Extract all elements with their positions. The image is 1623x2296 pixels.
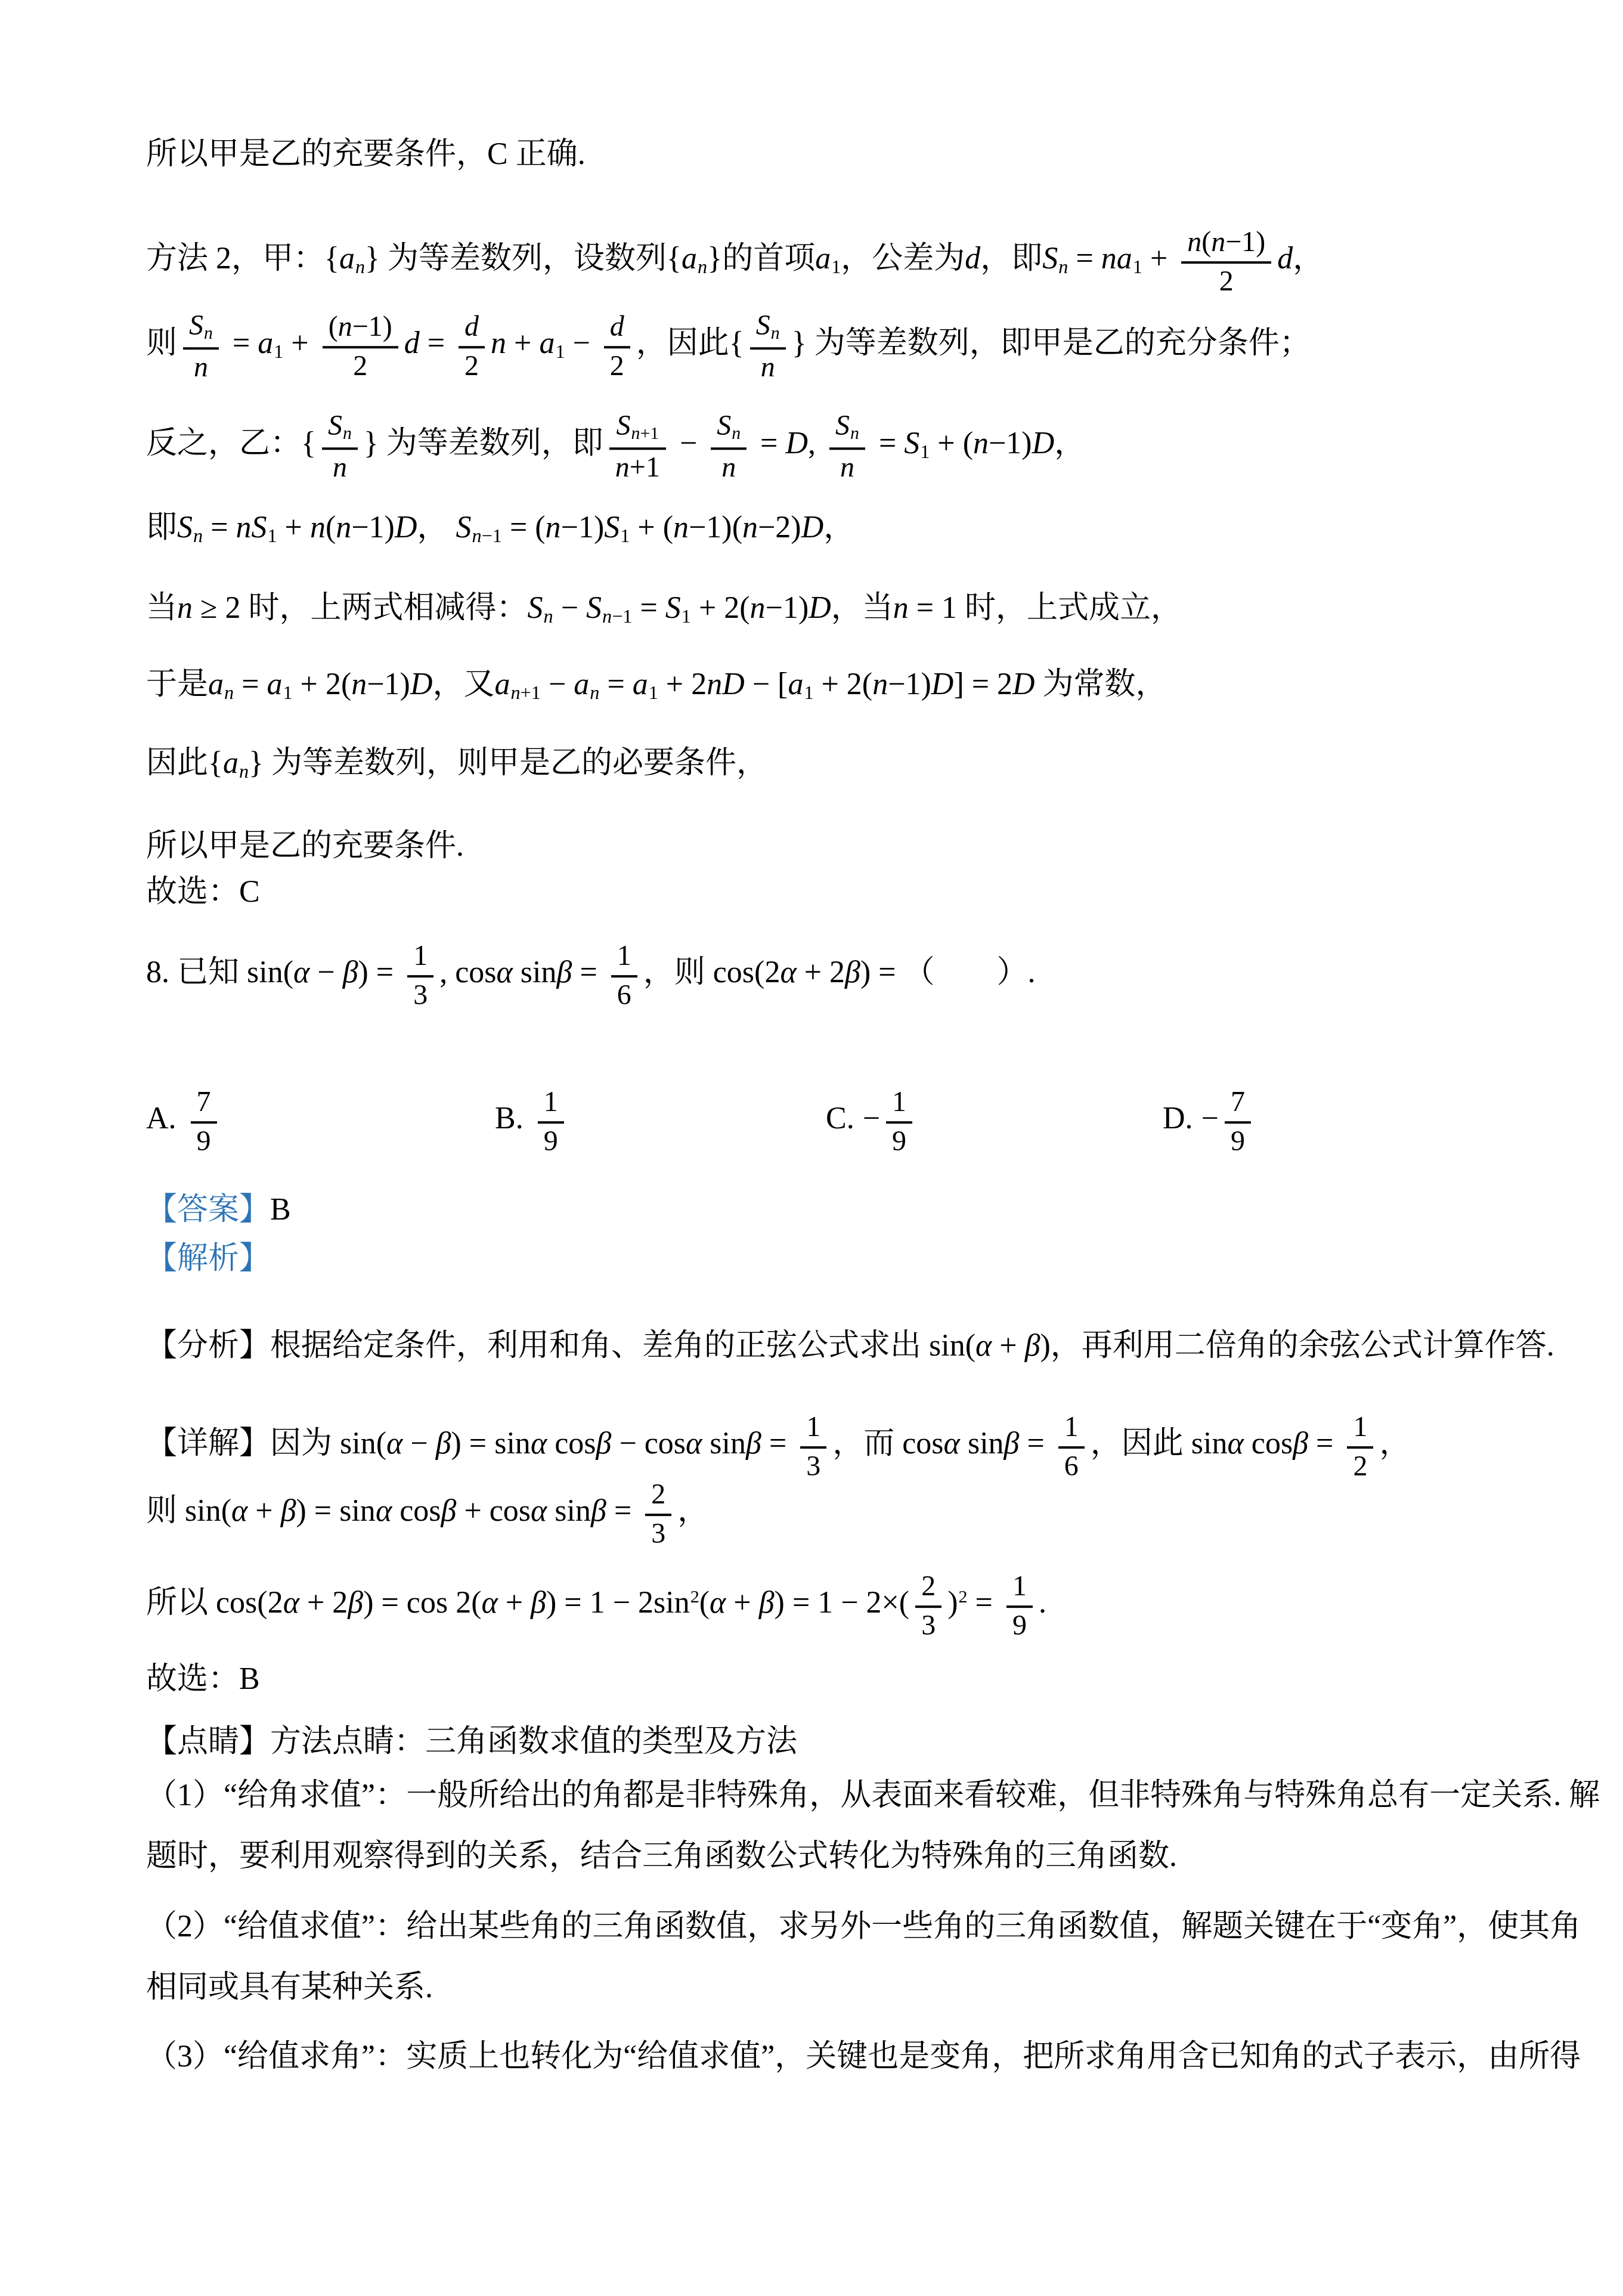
math-variable: β (1293, 1427, 1308, 1460)
math-subscripted: Sn−1 (456, 508, 501, 547)
math-variable: n (721, 451, 736, 483)
text-run: + ( (630, 510, 673, 544)
line-necessary-sufficient: 所以甲是乙的充要条件. (146, 827, 464, 865)
math-subscripted: Sn (328, 410, 352, 444)
math-subscript: n (732, 424, 741, 444)
denominator: 3 (915, 1608, 941, 1641)
fraction: Sn+1n+1 (609, 409, 666, 482)
text-run: = (606, 1494, 639, 1528)
text-run: + 2 (658, 667, 707, 701)
math-variable: D (931, 667, 954, 701)
math-variable: D (801, 510, 824, 544)
subscript-char: 1 (682, 605, 691, 627)
text-run: ) = cos 2( (363, 1586, 481, 1620)
text-run: 6 (617, 979, 631, 1011)
math-variable: β (441, 1494, 457, 1528)
math-variable: β (759, 1586, 775, 1620)
math-variable: β (1025, 1329, 1040, 1363)
math-variable: α (780, 955, 796, 989)
math-subscript: n+1 (631, 424, 659, 444)
line-converse: 反之，乙：{Snn} 为等差数列，即Sn+1n+1 − Snn = D, Snn… (146, 409, 1085, 482)
text-run: = (1020, 1427, 1052, 1460)
denominator: 6 (1058, 1449, 1085, 1482)
text-run: 则 (146, 326, 177, 360)
denominator: 3 (407, 977, 433, 1011)
denominator: n (750, 349, 786, 383)
minus-sign: − (1201, 1101, 1219, 1135)
math-variable: β (746, 1427, 761, 1460)
numerator: d (604, 310, 630, 348)
option-label: D. (1163, 1101, 1193, 1135)
text-run: ，又 (432, 667, 494, 701)
text-run: ，而 cos (832, 1427, 943, 1460)
math-subscript: n+1 (510, 682, 540, 703)
text-run: cos (547, 1427, 596, 1460)
math-variable: α (376, 1494, 392, 1528)
math-subscripted: a1 (633, 665, 658, 704)
text-run: + (283, 326, 316, 360)
line-point2b: 相同或具有某种关系. (146, 1968, 433, 2007)
math-subscripted: a1 (1117, 239, 1142, 279)
subscript-char: n (510, 682, 520, 703)
math-variable: d (464, 311, 479, 342)
numerator: 1 (800, 1410, 826, 1449)
math-subscript: n (850, 424, 859, 444)
subscript-char: n (239, 760, 249, 782)
math-variable: n (491, 326, 506, 360)
math-base: S (904, 426, 919, 460)
text-run: sin (702, 1427, 746, 1460)
subscript-char: n (1058, 256, 1068, 277)
text-run: { (729, 326, 744, 360)
line-detail: 【详解】因为 sin(α − β) = sinα cosβ − cosα sin… (146, 1410, 1410, 1482)
denominator: 2 (459, 348, 485, 382)
math-subscripted: an+1 (494, 665, 540, 704)
text-run: + 2 (299, 1586, 348, 1620)
line-point3: （3）“给值求角”：实质上也转化为“给值求值”，关键也是变角，把所求角用含已知角… (146, 2037, 1581, 2076)
math-variable: α (710, 1586, 726, 1620)
text-run: cos (1244, 1427, 1293, 1460)
fraction: 13 (407, 939, 433, 1011)
text-run: ，则 cos(2 (643, 955, 780, 989)
math-subscripted: an (208, 665, 234, 704)
math-subscripted: S1 (604, 508, 630, 547)
math-variable: n (840, 451, 854, 483)
fraction: Snn (829, 409, 865, 482)
fraction: Snn (711, 409, 747, 482)
math-subscripted: Sn (177, 508, 203, 547)
numerator: 1 (1347, 1410, 1373, 1449)
text-run: = (203, 510, 236, 544)
text-run: = (234, 667, 267, 701)
text-run: + 2( (691, 591, 750, 625)
math-variable: n (1187, 226, 1201, 258)
text-run: } 为等差数列，即甲是乙的充分条件； (792, 326, 1311, 360)
subscript-char: n (204, 324, 213, 344)
line-point1b: 题时，要利用观察得到的关系，结合三角函数公式转化为特殊角的三角函数. (146, 1837, 1177, 1876)
subscript-char: − (482, 525, 493, 546)
section-tag: 【答案】 (146, 1193, 270, 1227)
text-run: 1 (1064, 1411, 1079, 1443)
math-subscript: 1 (620, 525, 630, 546)
math-subscript: n (590, 682, 599, 703)
text-run: 所以 cos(2 (146, 1586, 283, 1620)
math-variable: α (944, 1427, 960, 1460)
text-run: 1 (413, 940, 428, 971)
text-run: 3 (806, 1450, 820, 1482)
subscript-char: 1 (920, 441, 930, 462)
subscript-char: 1 (267, 525, 277, 546)
subscript-char: n (590, 682, 599, 703)
text-run: ( (699, 1586, 710, 1620)
text-run: ， (417, 510, 456, 544)
text-run: + cos (456, 1494, 531, 1528)
math-base: S (835, 410, 850, 441)
subscript-char: 1 (650, 424, 659, 444)
math-variable: d (610, 311, 624, 342)
subscript-char: n (343, 424, 352, 444)
subscript-char: n (698, 256, 707, 277)
math-variable: α (497, 955, 513, 989)
text-run: ， (677, 1494, 708, 1528)
text-run: 2 (464, 350, 479, 382)
text-run: { (301, 426, 316, 460)
subscript-char: n (472, 525, 481, 546)
text-run: 反之，乙： (146, 426, 301, 460)
text-run: 9 (892, 1125, 906, 1157)
text-run: −2) (758, 510, 801, 544)
math-variable: β (596, 1427, 612, 1460)
text-run: 【分析】根据给定条件，利用和角、差角的正弦公式求出 sin( (146, 1329, 975, 1363)
fraction: 12 (1347, 1410, 1373, 1482)
math-subscript: n (355, 256, 365, 277)
text-run: −1)( (689, 510, 742, 544)
superscript: 2 (690, 1586, 699, 1607)
line-sn-over-n: 则Snn = a1 + (n−1)2d = d2n + a1 − d2，因此{S… (146, 309, 1311, 382)
math-subscript: n (343, 424, 352, 444)
text-run: ， (823, 510, 854, 544)
denominator: 9 (886, 1124, 912, 1157)
text-run: + (726, 1586, 758, 1620)
math-subscript: n (1058, 256, 1068, 277)
line-sin-sum: 则 sin(α + β) = sinα cosβ + cosα sinβ = 2… (146, 1478, 708, 1549)
denominator: 2 (1347, 1449, 1373, 1482)
line-n-ge-2: 当n ≥ 2 时，上两式相减得：Sn − Sn−1 = S1 + 2(n−1)D… (146, 589, 1182, 628)
text-run: −1) (352, 311, 392, 342)
text-run: ] = 2 (953, 667, 1012, 701)
subscript-char: n (602, 605, 612, 627)
text-run: − (402, 1427, 435, 1460)
text-run: } 为等差数列，则甲是乙的必要条件， (249, 746, 767, 780)
fraction: Snn (750, 309, 786, 382)
option-label: B. (495, 1101, 524, 1135)
math-base: S (189, 310, 203, 341)
text-run: ， (1293, 242, 1324, 276)
text-run: 1 (617, 940, 631, 971)
text-run: 相同或具有某种关系. (146, 1970, 433, 2004)
math-variable: n (750, 591, 766, 625)
text-run: 1 (1353, 1411, 1367, 1443)
text-run: 所以甲是乙的充要条件，C 正确. (146, 137, 586, 171)
math-base: S (665, 591, 681, 625)
math-base: S (756, 310, 770, 341)
denominator: 2 (1181, 264, 1271, 297)
subscript-char: 1 (831, 256, 841, 277)
denominator: 6 (611, 977, 637, 1011)
text-run: ，因此 sin (1091, 1427, 1228, 1460)
text-run: − (565, 326, 598, 360)
fraction: (n−1)2 (323, 310, 398, 382)
text-run: （1）“给角求值”：一般所给出的角都是非特殊角，从表面来看较难，但非特殊角与特殊… (146, 1778, 1600, 1812)
fraction: 13 (800, 1410, 826, 1482)
numerator: 1 (407, 939, 433, 977)
text-run: + 2( (293, 667, 352, 701)
text-run: ( (1201, 226, 1211, 258)
subscript-char: 1 (493, 525, 502, 546)
text-run: + 2( (814, 667, 873, 701)
math-base: S (456, 510, 471, 544)
text-run: 2 (651, 1478, 665, 1510)
line-cos-double: 所以 cos(2α + 2β) = cos 2(α + β) = 1 − 2si… (146, 1570, 1046, 1641)
math-base: a (539, 326, 555, 360)
denominator: n+1 (609, 450, 666, 483)
fraction: Snn (183, 309, 219, 382)
text-run: ，因此 (636, 326, 729, 360)
math-base: S (177, 510, 193, 544)
denominator: 3 (800, 1449, 826, 1482)
text-run: 故选：B (146, 1662, 260, 1696)
text-run: ( (329, 311, 338, 342)
text-run: sin (960, 1427, 1004, 1460)
numerator: Sn (322, 409, 358, 450)
text-run: cos (392, 1494, 441, 1528)
fraction: 19 (1006, 1570, 1033, 1641)
text-run: − (541, 667, 574, 701)
text-run: −1) (766, 591, 809, 625)
fraction: 79 (1225, 1085, 1251, 1157)
text-run: + (1142, 242, 1175, 276)
subscript-char: 1 (649, 682, 658, 703)
numerator: 1 (1006, 1570, 1033, 1608)
math-base: a (815, 242, 831, 276)
denominator: 3 (645, 1516, 671, 1549)
line-conclusion-c: 所以甲是乙的充要条件，C 正确. (146, 135, 586, 174)
math-subscript: 1 (804, 682, 813, 703)
fraction: n(n−1)2 (1181, 225, 1271, 297)
subscript-char: 1 (622, 605, 632, 627)
text-run: } 为等差数列，设数列 (365, 242, 667, 276)
math-base: a (788, 667, 803, 701)
denominator: n (829, 450, 865, 483)
math-variable: D (1012, 667, 1035, 701)
math-variable: D (1032, 426, 1055, 460)
math-base: S (528, 591, 543, 625)
math-variable: β (281, 1494, 296, 1528)
math-variable: α (531, 1494, 547, 1528)
math-subscript: n (224, 682, 234, 703)
text-run: { (667, 242, 682, 276)
text-run: ，即 (980, 242, 1042, 276)
math-variable: n (973, 426, 989, 460)
text-run: 于是 (146, 667, 208, 701)
math-variable: n (761, 351, 775, 383)
text-run: 3 (921, 1610, 936, 1641)
numerator: 7 (191, 1085, 217, 1124)
math-base: a (258, 326, 273, 360)
text-run: 【点睛】方法点睛：三角函数求值的类型及方法 (146, 1725, 797, 1759)
text-run: 3 (413, 979, 428, 1011)
fraction: 23 (915, 1570, 941, 1641)
section-tag: 【解析】 (146, 1242, 270, 1276)
text-run: ) = 1 − 2sin (546, 1586, 690, 1620)
subscript-char: 1 (274, 341, 283, 362)
text-run: ) = sin (296, 1494, 376, 1528)
line-an-arithmetic: 因此{an} 为等差数列，则甲是乙的必要条件， (146, 744, 767, 783)
document-page: 所以甲是乙的充要条件，C 正确.方法 2，甲：{an} 为等差数列，设数列{an… (0, 0, 1623, 2296)
math-subscript: 1 (274, 341, 283, 362)
numerator: Sn (183, 309, 219, 349)
subscript-char: n (544, 605, 553, 627)
option-b: B.19 (495, 1085, 570, 1157)
math-variable: n (1211, 226, 1225, 258)
math-variable: d (965, 242, 980, 276)
text-run: = (420, 326, 453, 360)
numerator: d (459, 310, 485, 348)
text-run: } (707, 242, 722, 276)
math-subscripted: Sn (756, 310, 780, 344)
line-an-formula: 于是an = a1 + 2(n−1)D，又an+1 − an = a1 + 2n… (146, 665, 1167, 704)
text-run: + (992, 1329, 1024, 1363)
math-variable: β (348, 1586, 363, 1620)
math-variable: α (231, 1494, 247, 1528)
text-run: 7 (197, 1086, 211, 1118)
text-run: − (309, 955, 342, 989)
text-run: ) = (358, 955, 402, 989)
math-subscript: 1 (831, 256, 841, 277)
numerator: Sn+1 (609, 409, 666, 450)
text-run: −1) (1225, 226, 1265, 258)
math-variable: n (177, 591, 193, 625)
denominator: n (711, 450, 747, 483)
math-variable: α (686, 1427, 702, 1460)
text-run: 为常数， (1035, 667, 1167, 701)
numerator: (n−1) (323, 310, 398, 348)
math-subscript: 1 (267, 525, 277, 546)
math-subscripted: S1 (904, 424, 930, 463)
math-variable: α (293, 955, 309, 989)
text-run: +1 (630, 451, 660, 483)
text-run: + ( (930, 426, 973, 460)
math-variable: α (386, 1427, 402, 1460)
math-variable: D (410, 667, 433, 701)
math-base: S (604, 510, 620, 544)
line-answer-c: 故选：C (146, 872, 260, 911)
math-subscript: 1 (555, 341, 565, 362)
math-variable: α (1228, 1427, 1244, 1460)
superscript: 2 (959, 1586, 968, 1607)
line-jiexi-tag: 【解析】 (146, 1239, 270, 1278)
text-run: （2）“给值求值”：给出某些角的三角函数值，求另外一些角的三角函数值，解题关键在… (146, 1910, 1581, 1944)
text-run: + (506, 326, 539, 360)
text-run: + (247, 1494, 280, 1528)
math-variable: n (546, 510, 561, 544)
math-subscript: 1 (1133, 256, 1142, 277)
math-subscript: n−1 (602, 605, 632, 627)
text-run: )，再利用二倍角的余弦公式计算作答. (1040, 1329, 1554, 1363)
minus-sign: − (863, 1101, 880, 1135)
fraction: d2 (459, 310, 485, 382)
text-run: 当 (146, 591, 177, 625)
text-run: −1) (351, 510, 395, 544)
fraction: 19 (538, 1085, 564, 1157)
text-run: 2 (610, 350, 624, 382)
math-subscripted: a1 (815, 239, 841, 279)
text-run: 1 (892, 1086, 906, 1118)
subscript-char: 1 (531, 682, 541, 703)
math-variable: n (1101, 242, 1117, 276)
fraction: 19 (886, 1085, 912, 1157)
math-subscripted: Sn−1 (586, 589, 632, 628)
math-subscript: n (544, 605, 553, 627)
text-run: 9 (1012, 1610, 1027, 1641)
math-variable: D (395, 510, 417, 544)
text-run: = (752, 426, 785, 460)
numerator: 1 (886, 1085, 912, 1124)
text-run: 8. 已知 sin( (146, 955, 293, 989)
text-run: { (208, 746, 223, 780)
fraction: 16 (1058, 1410, 1085, 1482)
text-run: 1 (806, 1411, 820, 1443)
denominator: 2 (604, 348, 630, 382)
math-variable: n (872, 667, 888, 701)
line-point2a: （2）“给值求值”：给出某些角的三角函数值，求另外一些角的三角函数值，解题关键在… (146, 1907, 1581, 1946)
math-subscripted: an (223, 744, 249, 783)
math-subscripted: a1 (267, 665, 292, 704)
math-base: a (682, 242, 697, 276)
subscript-char: 1 (804, 682, 813, 703)
math-subscript: 1 (283, 682, 292, 703)
numerator: n(n−1) (1181, 225, 1271, 264)
math-base: a (574, 667, 589, 701)
text-run: −1) (888, 667, 931, 701)
text-run: 2 (1353, 1450, 1367, 1482)
numerator: 1 (611, 939, 637, 977)
math-variable: n (742, 510, 758, 544)
text-run: 方法 2，甲： (146, 242, 324, 276)
math-variable: β (845, 955, 860, 989)
math-base: a (339, 242, 355, 276)
text-run: = (871, 426, 904, 460)
subscript-char: + (521, 682, 531, 703)
line-question-8: 8. 已知 sin(α − β) = 13, cosα sinβ = 16，则 … (146, 939, 1036, 1011)
math-base: a (208, 667, 224, 701)
text-run: + 2 (797, 955, 845, 989)
math-subscripted: Sn (528, 589, 553, 628)
text-run: − [ (745, 667, 788, 701)
denominator: 9 (538, 1124, 564, 1157)
numerator: Sn (711, 409, 747, 450)
text-run: ) (947, 1586, 958, 1620)
subscript-char: n (224, 682, 234, 703)
numerator: Sn (750, 309, 786, 349)
text-run: 6 (1064, 1450, 1079, 1482)
math-subscripted: a1 (258, 324, 283, 363)
text-run: 因此 (146, 746, 208, 780)
text-run: { (324, 242, 339, 276)
option-a: A.79 (146, 1085, 223, 1157)
math-subscript: n (771, 324, 780, 344)
text-run: 【详解】因为 sin( (146, 1427, 386, 1460)
